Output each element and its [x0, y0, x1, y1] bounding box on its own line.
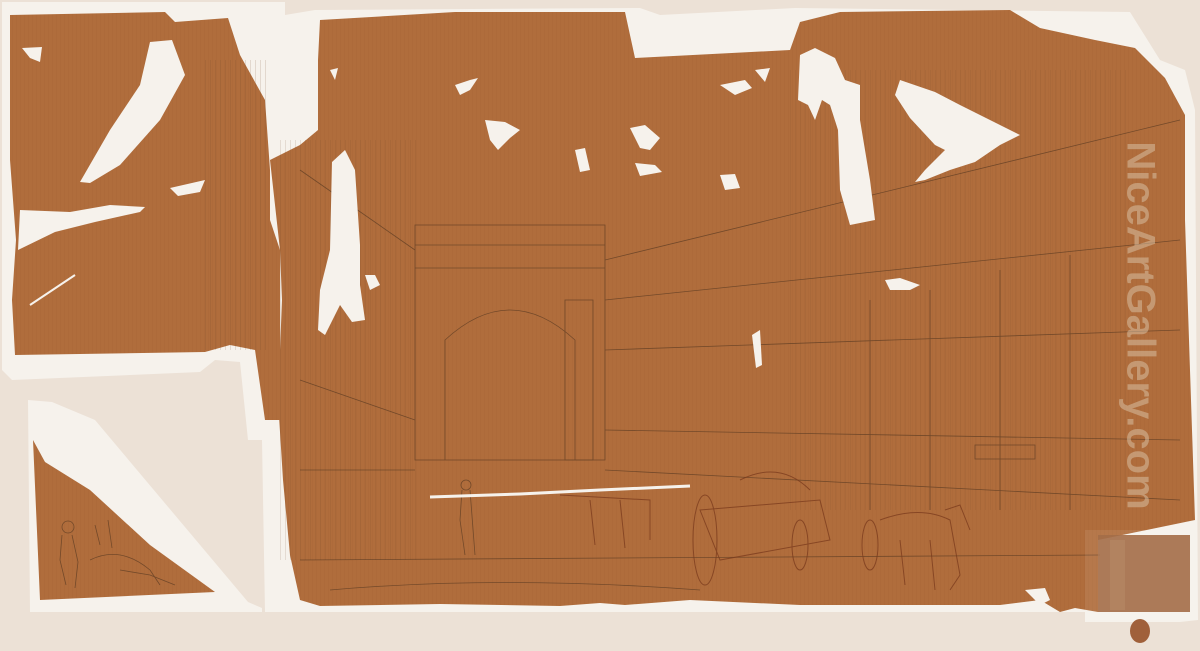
watermark: NiceArtGallery.com	[1110, 135, 1170, 515]
artwork-photo	[0, 0, 1200, 651]
watermark-text: NiceArtGallery.com	[1118, 141, 1163, 509]
paper-scrap	[1130, 619, 1150, 643]
main-street-fragment	[270, 10, 1195, 612]
